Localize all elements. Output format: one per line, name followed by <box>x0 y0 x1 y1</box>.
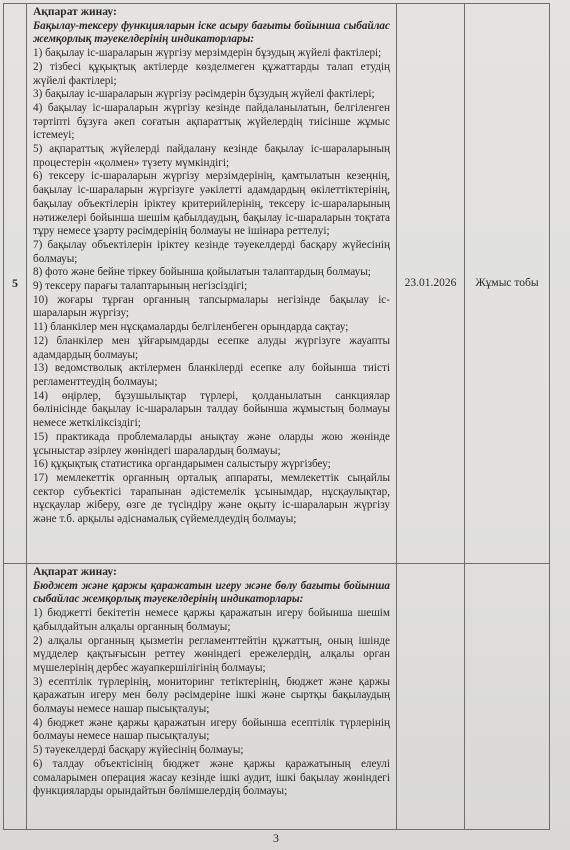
indicator-item: 4) бюджет және қаржы қаражатын игеру бой… <box>33 717 390 744</box>
page-number: 3 <box>0 831 552 846</box>
indicator-item: 16) құқықтық статистика органдарымен сал… <box>33 458 390 472</box>
deadline-date: 23.01.2026 <box>397 4 465 564</box>
indicator-list: 1) бақылау іс-шараларын жүргізу мерзімде… <box>33 47 390 527</box>
table-row: 5 Ақпарат жинау: Бақылау-тексеру функция… <box>4 4 550 564</box>
indicator-item: 12) бланкілер мен ұйғарымдарды есепке ал… <box>33 335 390 362</box>
indicator-item: 1) бюджетті бекітетін немесе қаржы қараж… <box>33 607 390 634</box>
indicator-item: 6) талдау объектісінің бюджет және қаржы… <box>33 758 390 799</box>
indicator-item: 15) практикада проблемаларды анықтау жән… <box>33 431 390 458</box>
indicator-item: 17) мемлекеттік органның орталық аппарат… <box>33 472 390 527</box>
indicator-item: 1) бақылау іс-шараларын жүргізу мерзімде… <box>33 47 390 61</box>
measure-subheading: Бюджет және қаржы қаражатын игеру және б… <box>33 580 390 607</box>
indicator-item: 6) тексеру іс-шараларын жүргізу мерзімде… <box>33 170 390 239</box>
indicator-item: 2) тізбесі құқықтық актілерде көзделмеге… <box>33 61 390 88</box>
responsible-party: Жұмыс тобы <box>465 4 550 564</box>
action-plan-table: 5 Ақпарат жинау: Бақылау-тексеру функция… <box>3 3 550 830</box>
measure-cell: Ақпарат жинау: Бюджет және қаржы қаражат… <box>27 564 397 830</box>
row-number: 5 <box>4 4 27 564</box>
measure-cell: Ақпарат жинау: Бақылау-тексеру функцияла… <box>27 4 397 564</box>
measure-heading: Ақпарат жинау: <box>33 6 390 20</box>
indicator-item: 13) ведомстволық актілермен бланкілерді … <box>33 362 390 389</box>
indicator-item: 5) ақпараттық жүйелерді пайдалану кезінд… <box>33 143 390 170</box>
indicator-item: 7) бақылау объектілерін іріктеу кезінде … <box>33 239 390 266</box>
indicator-list: 1) бюджетті бекітетін немесе қаржы қараж… <box>33 607 390 799</box>
indicator-item: 3) бақылау іс-шараларын жүргізу рәсімдер… <box>33 88 390 102</box>
document-page: 5 Ақпарат жинау: Бақылау-тексеру функция… <box>0 0 570 850</box>
responsible-party <box>465 564 550 830</box>
indicator-item: 14) өңірлер, бұзушылықтар түрлері, қолда… <box>33 390 390 431</box>
indicator-item: 5) тәуекелдерді басқару жүйесінің болмау… <box>33 744 390 758</box>
indicator-item: 9) тексеру парағы талаптарының негізсізд… <box>33 280 390 294</box>
indicator-item: 2) алқалы органның қызметін регламенттей… <box>33 635 390 676</box>
indicator-item: 4) бақылау іс-шараларын жүргізу кезінде … <box>33 102 390 143</box>
indicator-item: 8) фото және бейне тіркеу бойынша қойыла… <box>33 266 390 280</box>
indicator-item: 3) есептілік түрлерінің, мониторинг теті… <box>33 676 390 717</box>
indicator-item: 11) бланкілер мен нұсқамаларды белгіленб… <box>33 321 390 335</box>
measure-heading: Ақпарат жинау: <box>33 566 390 580</box>
row-number <box>4 564 27 830</box>
deadline-date <box>397 564 465 830</box>
indicator-item: 10) жоғары тұрған органның тапсырмалары … <box>33 294 390 321</box>
measure-subheading: Бақылау-тексеру функцияларын іске асыру … <box>33 20 390 47</box>
table-row: Ақпарат жинау: Бюджет және қаржы қаражат… <box>4 564 550 830</box>
